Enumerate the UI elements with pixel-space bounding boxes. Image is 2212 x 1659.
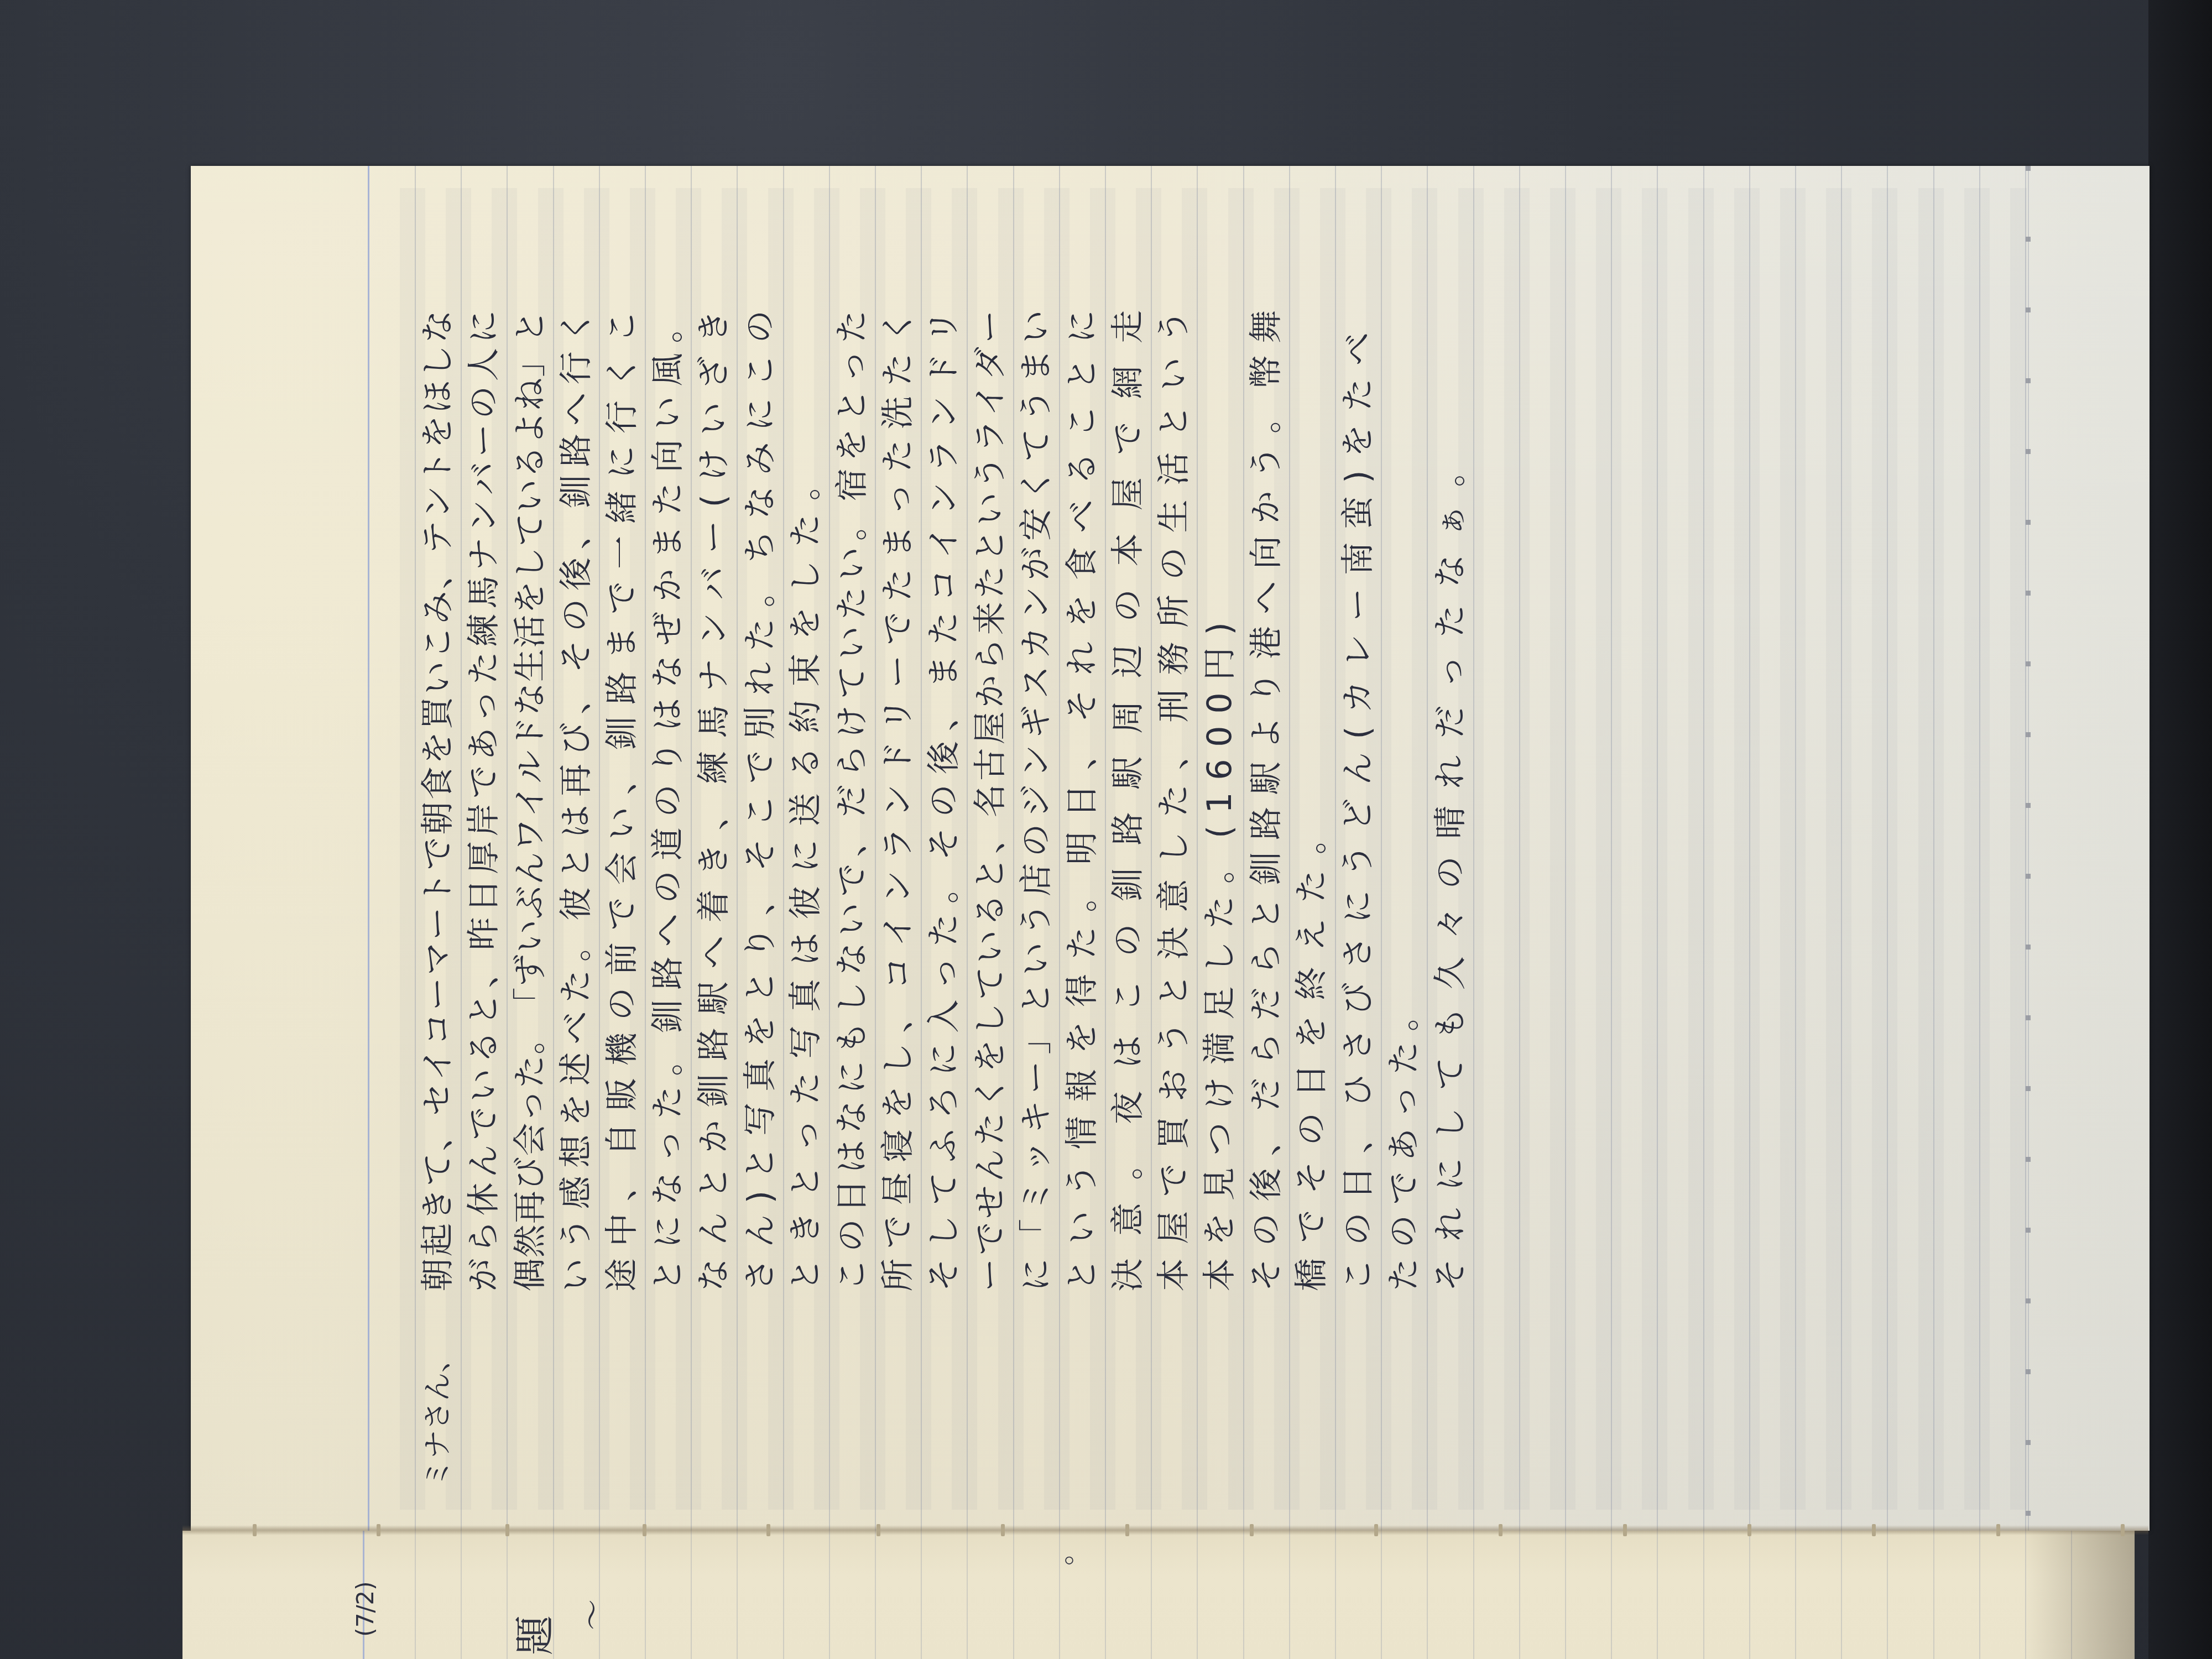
lower-page-fragment: 〜 [568,1599,613,1630]
handwritten-line: 朝起きて、セイコーマートで朝食を買いこみ、テントをほしな [416,310,460,1291]
lower-page [182,1531,2135,1659]
stitch-hole [1747,1524,1751,1536]
stitch-hole [1623,1524,1627,1536]
stitch-hole [377,1524,380,1536]
handwritten-line: 本を見つけ満足した。(1600円) [1198,622,1242,1291]
handwritten-line: とになった。釧路への道のりはなぜかまた向い風。 [646,310,690,1291]
page-curl-shadow [2024,1531,2135,1659]
handwritten-line: という情報を得た。明日、それを食べることに [1060,310,1104,1291]
stitch-hole [1250,1524,1254,1536]
desk-background: ミナさん、 朝起きて、セイコーマートで朝食を買いこみ、テントをほしな がら休んで… [0,0,2212,1659]
handwritten-line: その後、だらだらと釧路駅より港へ向かう。幣舞 [1244,310,1288,1291]
handwritten-line: 決意。夜はこの釧路駅周辺の本屋で網走 [1106,310,1150,1291]
handwritten-line: 橋でその日を終えた。 [1290,821,1334,1291]
salutation: ミナさん、 [416,1355,460,1488]
handwritten-line: さん)と写真をとり、そこで別れた。ちなみにこの [738,310,782,1291]
handwritten-line: この日はなにもしないで、だらけていたい。宿をとった [830,310,874,1291]
handwritten-line: それにしても久々の晴れだったなぁ。 [1428,453,1472,1291]
handwritten-line: 途中、自販機の前で会い、釧路まで一緒に行くこ [599,310,644,1291]
page-fold [182,1525,2148,1535]
handwritten-line: 所で昼寝をし、コインランドリーでたまった洗たく [876,310,920,1291]
stitch-hole [253,1524,257,1536]
margin-line [368,166,369,1531]
stitch-hole [643,1524,646,1536]
lower-page-fragment: (7/2) [352,1581,379,1636]
stitch-hole [1872,1524,1876,1536]
handwritten-line: 本屋で買おうと決意した、刑務所の生活という [1152,310,1196,1291]
stitch-hole [1996,1524,2000,1536]
stitch-hole [766,1524,770,1536]
dotted-guide-line [2026,166,2031,1531]
handwritten-line: そしてふろに入った。その後、またコインランドリ [922,310,966,1291]
lower-page-fragment: 題 [503,1615,560,1655]
handwritten-line: この日、ひさびさにうどん(カレー南蛮)をたべ [1336,332,1380,1291]
stitch-hole [877,1524,880,1536]
handwritten-line: がら休んでいると、昨日厚岸であった練馬ナンバーの人に [462,310,506,1291]
stitch-hole [505,1524,509,1536]
handwritten-line: いう感想を述べた。彼とは再び、その後、釧路へ行く [554,310,598,1291]
stitch-hole [1499,1524,1503,1536]
handwritten-line: ーでせんたくをしていると、名古屋から来たというライダー [968,310,1012,1291]
handwritten-line: ときとった写真は彼に送る約束をした。 [784,467,828,1291]
lower-ruled-lines [415,1531,2096,1659]
stitch-hole [1374,1524,1378,1536]
handwritten-line: たのであった。 [1382,998,1426,1291]
dark-edge [2148,0,2212,1659]
stitch-hole [2121,1524,2125,1536]
handwritten-line: なんとか釧路駅へ着き、練馬ナンバー(けいざき [692,310,736,1291]
handwritten-line: 偶然再び会った。「ずいぶんワイルドな生活をしているよね」と [508,310,552,1291]
lower-page-fragment: 。 [1039,1538,1079,1566]
handwritten-line: に「ミッキー」という店のジンギスカンが安くてうまい [1014,310,1058,1291]
stitch-hole [1001,1524,1005,1536]
stitch-hole [1125,1524,1129,1536]
